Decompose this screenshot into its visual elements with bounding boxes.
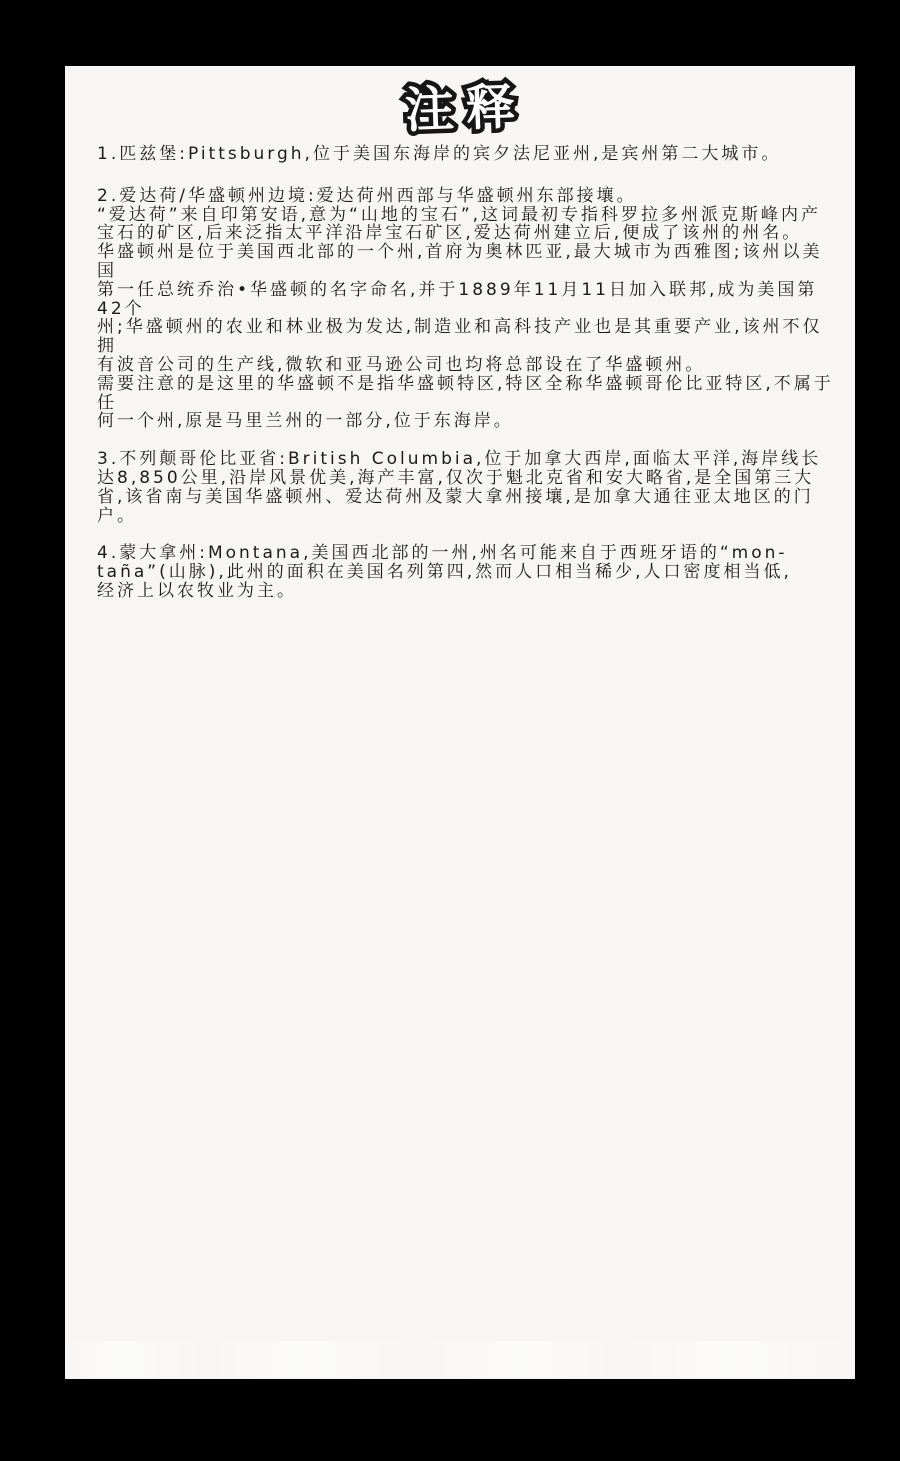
note-item-1: 1.匹兹堡:Pittsburgh,位于美国东海岸的宾夕法尼亚州,是宾州第二大城市… bbox=[97, 145, 841, 164]
scan-artifact bbox=[65, 1341, 855, 1377]
notes-page: 注释 注释 1.匹兹堡:Pittsburgh,位于美国东海岸的宾夕法尼亚州,是宾… bbox=[65, 66, 855, 1379]
title-row: 注释 注释 bbox=[65, 66, 855, 142]
note-item-3: 3.不列颠哥伦比亚省:British Columbia,位于加拿大西岸,面临太平… bbox=[97, 450, 841, 525]
page-title-text: 注释 bbox=[404, 78, 528, 139]
note-item-2: 2.爱达荷/华盛顿州边境:爱达荷州西部与华盛顿州东部接壤。 “爱达荷”来自印第安… bbox=[97, 187, 841, 431]
page-title: 注释 注释 bbox=[404, 76, 528, 142]
notes-list: 1.匹兹堡:Pittsburgh,位于美国东海岸的宾夕法尼亚州,是宾州第二大城市… bbox=[65, 142, 855, 601]
note-item-4: 4.蒙大拿州:Montana,美国西北部的一州,州名可能来自于西班牙语的“mon… bbox=[97, 544, 841, 600]
scan-background: 注释 注释 1.匹兹堡:Pittsburgh,位于美国东海岸的宾夕法尼亚州,是宾… bbox=[0, 0, 900, 1461]
